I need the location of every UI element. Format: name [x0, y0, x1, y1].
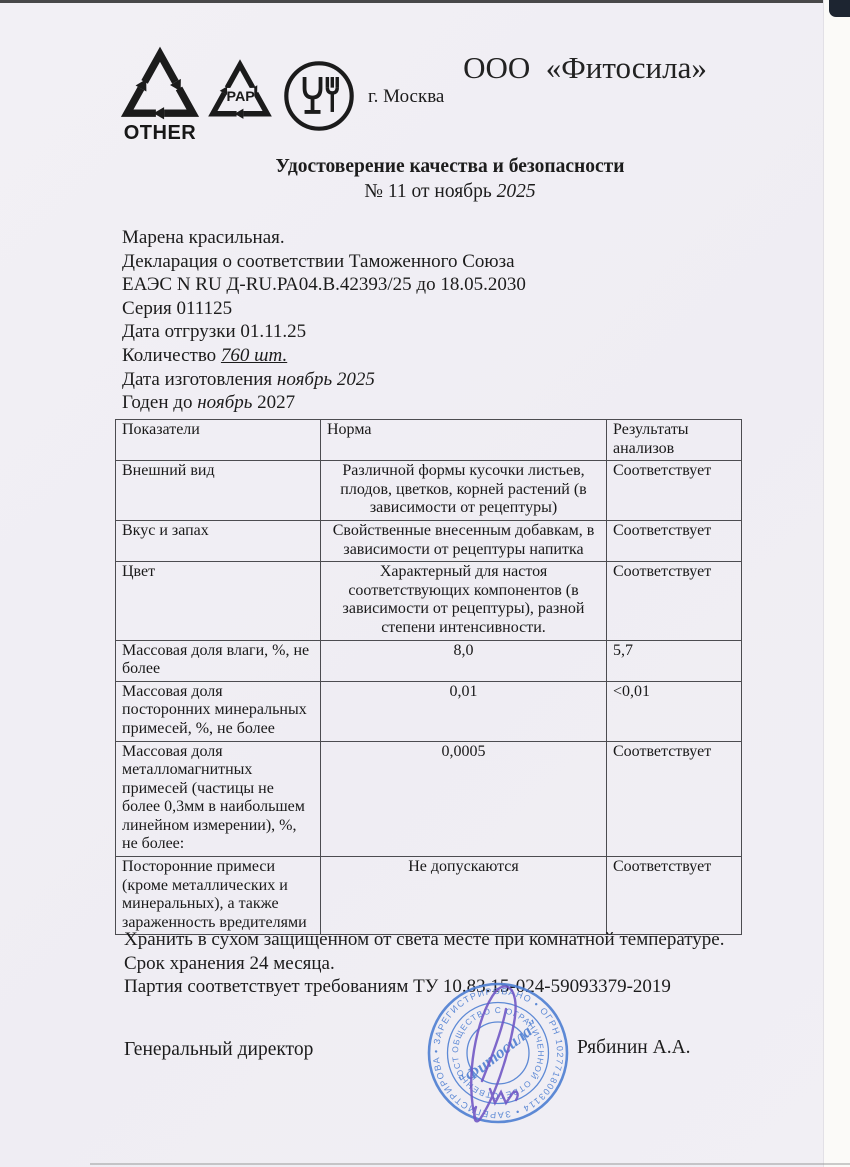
- manufacture-date-label: Дата изготовления: [122, 369, 277, 390]
- quality-table: Показатели Норма Результаты анализов Вне…: [115, 419, 742, 935]
- cell-indicator: Массовая доля влаги, %, не более: [116, 640, 321, 681]
- glass-fork-icon: [281, 58, 357, 134]
- declaration-line-1: Декларация о соответствии Таможенного Со…: [122, 250, 742, 274]
- scanned-certificate-page: OTHER PAP ООО «Фитосила» г. Москв: [0, 0, 850, 1167]
- expiry-line: Годен до ноябрь 2027: [122, 391, 742, 415]
- manufacture-date-line: Дата изготовления ноябрь 2025: [122, 368, 742, 392]
- scan-edge-bottom: [90, 1163, 850, 1165]
- col-header-norm: Норма: [321, 420, 607, 461]
- cell-norm: Свойственные внесенным добавкам, в завис…: [321, 520, 607, 561]
- cell-result: <0,01: [607, 681, 742, 741]
- series-line: Серия 011125: [122, 297, 742, 321]
- recycle-pap-icon: PAP: [204, 58, 276, 126]
- document-title: Удостоверение качества и безопасности: [50, 156, 850, 178]
- cell-indicator: Вкус и запах: [116, 520, 321, 561]
- scan-corner-top-right: [829, 0, 850, 17]
- cell-result: Соответствует: [607, 857, 742, 935]
- document-number-year: 2025: [497, 181, 536, 202]
- cell-norm: 0,0005: [321, 741, 607, 857]
- cell-indicator: Массовая доля посторонних минеральных пр…: [116, 681, 321, 741]
- manufacture-date-value: ноябрь 2025: [277, 369, 375, 390]
- company-city: г. Москва: [368, 86, 444, 108]
- product-details: Марена красильная. Декларация о соответс…: [122, 226, 742, 415]
- ship-date-line: Дата отгрузки 01.11.25: [122, 320, 742, 344]
- table-row: Цвет Характерный для настоя соответствую…: [116, 562, 742, 640]
- cell-result: Соответствует: [607, 461, 742, 521]
- cell-result: 5,7: [607, 640, 742, 681]
- quantity-value: 760 шт.: [221, 345, 287, 366]
- recycle-other-icon: [115, 46, 205, 128]
- cell-result: Соответствует: [607, 562, 742, 640]
- table-row: Посторонние примеси (кроме металлических…: [116, 857, 742, 935]
- cell-indicator: Цвет: [116, 562, 321, 640]
- recycle-other-label: OTHER: [113, 122, 207, 145]
- cell-norm: Различной формы кусочки листьев, плодов,…: [321, 461, 607, 521]
- cell-norm: Характерный для настоя соответствующих к…: [321, 562, 607, 640]
- storage-note: Хранить в сухом защищенном от света мест…: [124, 928, 824, 952]
- director-title: Генеральный директор: [124, 1039, 313, 1061]
- cell-indicator: Массовая доля металломагнитных примесей …: [116, 741, 321, 857]
- director-signature-name: Рябинин А.А.: [577, 1037, 691, 1059]
- table-row: Вкус и запах Свойственные внесенным доба…: [116, 520, 742, 561]
- company-stamp: • ЗАРЕГИСТРИРОВАНО • ОГРН 1027718003114 …: [406, 961, 590, 1145]
- cell-indicator: Посторонние примеси (кроме металлических…: [116, 857, 321, 935]
- declaration-line-2: ЕАЭС N RU Д-RU.РА04.В.42393/25 до 18.05.…: [122, 273, 742, 297]
- expiry-label: Годен до: [122, 392, 197, 413]
- cell-norm: 8,0: [321, 640, 607, 681]
- product-name: Марена красильная.: [122, 226, 742, 250]
- scan-edge-top: [0, 0, 850, 3]
- table-row: Внешний вид Различной формы кусочки лист…: [116, 461, 742, 521]
- col-header-indicators: Показатели: [116, 420, 321, 461]
- cell-indicator: Внешний вид: [116, 461, 321, 521]
- table-row: Массовая доля посторонних минеральных пр…: [116, 681, 742, 741]
- cell-norm: Не допускаются: [321, 857, 607, 935]
- recycle-pap-label: PAP: [227, 89, 256, 105]
- expiry-month: ноябрь: [197, 392, 252, 413]
- cell-result: Соответствует: [607, 741, 742, 857]
- document-number: № 11 от ноябрь 2025: [50, 181, 850, 203]
- col-header-results: Результаты анализов: [607, 420, 742, 461]
- quantity-label: Количество: [122, 345, 221, 366]
- expiry-year: 2027: [252, 392, 295, 413]
- cell-result: Соответствует: [607, 520, 742, 561]
- cell-norm: 0,01: [321, 681, 607, 741]
- document-number-prefix: № 11 от ноябрь: [364, 181, 496, 202]
- table-row: Массовая доля влаги, %, не более 8,0 5,7: [116, 640, 742, 681]
- company-name: ООО «Фитосила»: [425, 50, 745, 86]
- quantity-line: Количество 760 шт.: [122, 344, 742, 368]
- table-row: Массовая доля металломагнитных примесей …: [116, 741, 742, 857]
- table-header-row: Показатели Норма Результаты анализов: [116, 420, 742, 461]
